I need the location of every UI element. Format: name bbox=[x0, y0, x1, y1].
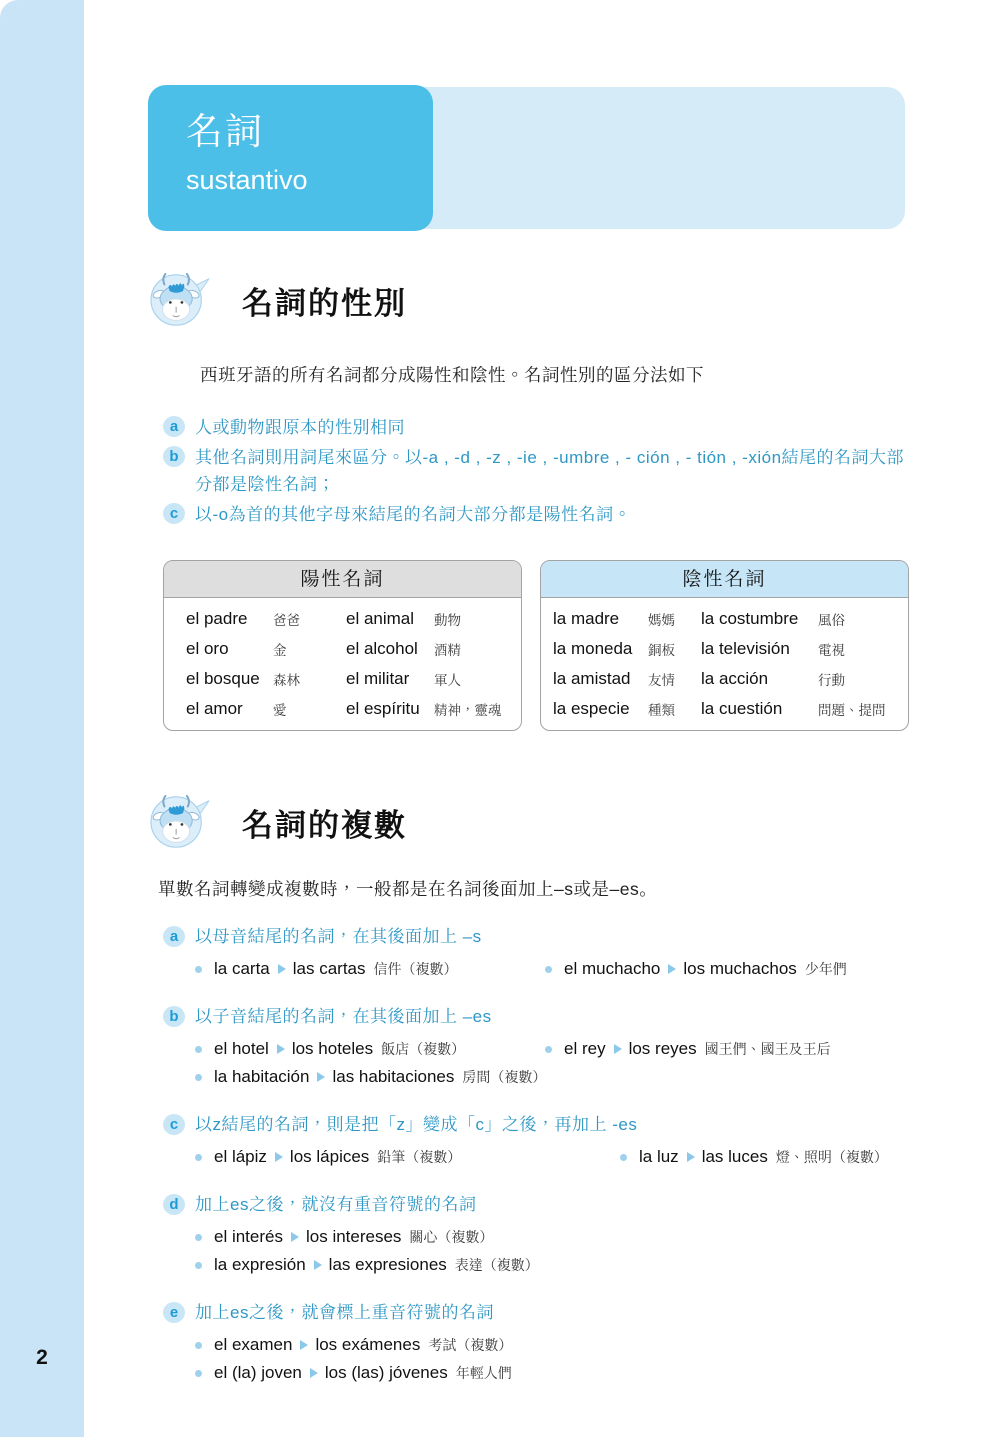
chinese-translation: 考試（複數） bbox=[428, 1335, 512, 1355]
singular-form: el hotel bbox=[214, 1039, 269, 1059]
plural-form: los intereses bbox=[306, 1227, 401, 1247]
arrow-right-icon bbox=[314, 1260, 322, 1270]
singular-form: el examen bbox=[214, 1335, 292, 1355]
example: el lápiz los lápices 鉛筆（複數） bbox=[195, 1147, 620, 1167]
chinese-translation: 鉛筆（複數） bbox=[377, 1147, 461, 1167]
rule-heading: 以z結尾的名詞，則是把「z」變成「c」之後，再加上 -es bbox=[195, 1112, 637, 1138]
example-row: la carta las cartas 信件（複數） el muchacho l… bbox=[163, 955, 933, 983]
bullet-icon bbox=[545, 966, 552, 973]
bullet-icon bbox=[195, 966, 202, 973]
bullet-icon bbox=[195, 1262, 202, 1269]
rule-heading-line: d 加上es之後，就沒有重音符號的名詞 bbox=[163, 1192, 933, 1218]
chinese-translation: 表達（複數） bbox=[455, 1255, 539, 1275]
table-row: el oro 金 el alcohol 酒精 bbox=[164, 634, 521, 664]
chinese-translation: 動物 bbox=[434, 609, 521, 629]
rule-item-a: a 人或動物跟原本的性別相同 bbox=[163, 414, 911, 441]
spanish-word: la acción bbox=[701, 669, 818, 689]
rule-heading-line: e 加上es之後，就會標上重音符號的名詞 bbox=[163, 1300, 933, 1326]
singular-form: la habitación bbox=[214, 1067, 309, 1087]
example-row: el examen los exámenes 考試（複數） bbox=[163, 1331, 933, 1359]
item-badge: a bbox=[163, 416, 185, 437]
plural-rules-list: a 以母音結尾的名詞，在其後面加上 –s la carta las cartas… bbox=[163, 924, 933, 1408]
singular-form: la expresión bbox=[214, 1255, 306, 1275]
item-badge: b bbox=[163, 446, 185, 467]
bullet-icon bbox=[195, 1074, 202, 1081]
textbook-page: { "page": { "number": "2" }, "colors": {… bbox=[0, 0, 1000, 1437]
chinese-translation: 森林 bbox=[273, 669, 346, 689]
arrow-right-icon bbox=[687, 1152, 695, 1162]
plural-rule-e: e 加上es之後，就會標上重音符號的名詞 el examen los exáme… bbox=[163, 1300, 933, 1387]
chinese-translation: 爸爸 bbox=[273, 609, 346, 629]
item-badge: b bbox=[163, 1006, 185, 1027]
chinese-translation: 友情 bbox=[648, 669, 701, 689]
cow-mascot-icon bbox=[150, 270, 210, 330]
example: el interés los intereses 關心（複數） bbox=[195, 1227, 493, 1247]
bullet-icon bbox=[620, 1154, 627, 1161]
bullet-icon bbox=[545, 1046, 552, 1053]
rule-heading-line: c 以z結尾的名詞，則是把「z」變成「c」之後，再加上 -es bbox=[163, 1112, 933, 1138]
example: la luz las luces 燈、照明（複數） bbox=[620, 1147, 888, 1167]
masculine-table-body: el padre 爸爸 el animal 動物 el oro 金 el alc… bbox=[164, 598, 521, 730]
plural-form: los hoteles bbox=[292, 1039, 373, 1059]
rule-heading: 加上es之後，就會標上重音符號的名詞 bbox=[195, 1300, 494, 1326]
left-margin-strip bbox=[0, 0, 84, 1437]
masculine-table-header: 陽性名詞 bbox=[164, 561, 521, 598]
chinese-translation: 金 bbox=[273, 639, 346, 659]
page-number: 2 bbox=[0, 1346, 84, 1370]
bullet-icon bbox=[195, 1154, 202, 1161]
arrow-right-icon bbox=[300, 1340, 308, 1350]
singular-form: el lápiz bbox=[214, 1147, 267, 1167]
section2-intro: 單數名詞轉變成複數時，一般都是在名詞後面加上–s或是–es。 bbox=[158, 876, 657, 901]
example: el (la) joven los (las) jóvenes 年輕人們 bbox=[195, 1363, 512, 1383]
rule-item-c: c 以-o為首的其他字母來結尾的名詞大部分都是陽性名詞。 bbox=[163, 501, 911, 528]
plural-form: los exámenes bbox=[315, 1335, 420, 1355]
item-badge: e bbox=[163, 1302, 185, 1323]
chapter-title-box: 名詞 sustantivo bbox=[148, 85, 433, 231]
table-row: la moneda 銅板 la televisión 電視 bbox=[541, 634, 908, 664]
rule-text: 以-o為首的其他字母來結尾的名詞大部分都是陽性名詞。 bbox=[195, 501, 631, 528]
example: la expresión las expresiones 表達（複數） bbox=[195, 1255, 539, 1275]
spanish-word: el padre bbox=[186, 609, 273, 629]
chapter-title-es: sustantivo bbox=[186, 165, 433, 196]
chinese-translation: 飯店（複數） bbox=[381, 1039, 465, 1059]
example-row: el hotel los hoteles 飯店（複數） el rey los r… bbox=[163, 1035, 933, 1063]
chinese-translation: 信件（複數） bbox=[374, 959, 458, 979]
chinese-translation: 年輕人們 bbox=[456, 1363, 512, 1383]
section1-heading: 名詞的性別 bbox=[150, 270, 407, 330]
chinese-translation: 國王們、國王及王后 bbox=[705, 1039, 831, 1059]
plural-form: las habitaciones bbox=[332, 1067, 454, 1087]
plural-form: las luces bbox=[702, 1147, 768, 1167]
rule-item-b: b 其他名詞則用詞尾來區分。以-a , -d , -z , -ie , -umb… bbox=[163, 444, 911, 498]
spanish-word: la costumbre bbox=[701, 609, 818, 629]
bullet-icon bbox=[195, 1234, 202, 1241]
plural-rule-a: a 以母音結尾的名詞，在其後面加上 –s la carta las cartas… bbox=[163, 924, 933, 983]
chinese-translation: 房間（複數） bbox=[462, 1067, 546, 1087]
plural-form: los (las) jóvenes bbox=[325, 1363, 448, 1383]
spanish-word: el bosque bbox=[186, 669, 273, 689]
rule-heading: 加上es之後，就沒有重音符號的名詞 bbox=[195, 1192, 476, 1218]
chinese-translation: 媽媽 bbox=[648, 609, 701, 629]
spanish-word: el alcohol bbox=[346, 639, 434, 659]
example: el examen los exámenes 考試（複數） bbox=[195, 1335, 512, 1355]
chinese-translation: 行動 bbox=[818, 669, 908, 689]
table-row: el bosque 森林 el militar 軍人 bbox=[164, 664, 521, 694]
plural-form: los muchachos bbox=[683, 959, 796, 979]
spanish-word: la televisión bbox=[701, 639, 818, 659]
chinese-translation: 燈、照明（複數） bbox=[776, 1147, 888, 1167]
chinese-translation: 關心（複數） bbox=[409, 1227, 493, 1247]
table-row: el amor 愛 el espíritu 精神，靈魂 bbox=[164, 694, 521, 724]
cow-mascot-icon bbox=[150, 792, 210, 852]
section2-title: 名詞的複數 bbox=[242, 800, 407, 845]
example-row: el interés los intereses 關心（複數） bbox=[163, 1223, 933, 1251]
example: el muchacho los muchachos 少年們 bbox=[545, 959, 847, 979]
spanish-word: el animal bbox=[346, 609, 434, 629]
plural-form: los lápices bbox=[290, 1147, 369, 1167]
chinese-translation: 少年們 bbox=[805, 959, 847, 979]
arrow-right-icon bbox=[291, 1232, 299, 1242]
arrow-right-icon bbox=[275, 1152, 283, 1162]
example-row: el lápiz los lápices 鉛筆（複數） la luz las l… bbox=[163, 1143, 933, 1171]
example-row: la expresión las expresiones 表達（複數） bbox=[163, 1251, 933, 1279]
plural-rule-d: d 加上es之後，就沒有重音符號的名詞 el interés los inter… bbox=[163, 1192, 933, 1279]
bullet-icon bbox=[195, 1370, 202, 1377]
chinese-translation: 精神，靈魂 bbox=[434, 699, 521, 719]
singular-form: el muchacho bbox=[564, 959, 660, 979]
rule-heading: 以母音結尾的名詞，在其後面加上 –s bbox=[195, 924, 482, 950]
spanish-word: el espíritu bbox=[346, 699, 434, 719]
feminine-nouns-table: 陰性名詞 la madre 媽媽 la costumbre 風俗 la mone… bbox=[540, 560, 909, 731]
chinese-translation: 風俗 bbox=[818, 609, 908, 629]
section1-title: 名詞的性別 bbox=[242, 278, 407, 323]
spanish-word: la especie bbox=[553, 699, 648, 719]
spanish-word: la amistad bbox=[553, 669, 648, 689]
chinese-translation: 愛 bbox=[273, 699, 346, 719]
rule-heading-line: a 以母音結尾的名詞，在其後面加上 –s bbox=[163, 924, 933, 950]
table-row: la amistad 友情 la acción 行動 bbox=[541, 664, 908, 694]
arrow-right-icon bbox=[277, 1044, 285, 1054]
item-badge: d bbox=[163, 1194, 185, 1215]
plural-form: las cartas bbox=[293, 959, 366, 979]
feminine-table-body: la madre 媽媽 la costumbre 風俗 la moneda 銅板… bbox=[541, 598, 908, 730]
section2-heading: 名詞的複數 bbox=[150, 792, 407, 852]
spanish-word: el militar bbox=[346, 669, 434, 689]
arrow-right-icon bbox=[614, 1044, 622, 1054]
plural-form: los reyes bbox=[629, 1039, 697, 1059]
singular-form: la luz bbox=[639, 1147, 679, 1167]
spanish-word: el amor bbox=[186, 699, 273, 719]
rule-text: 其他名詞則用詞尾來區分。以-a , -d , -z , -ie , -umbre… bbox=[195, 444, 911, 498]
gender-rules-list: a 人或動物跟原本的性別相同 b 其他名詞則用詞尾來區分。以-a , -d , … bbox=[163, 414, 911, 531]
spanish-word: la moneda bbox=[553, 639, 648, 659]
singular-form: el (la) joven bbox=[214, 1363, 302, 1383]
chinese-translation: 電視 bbox=[818, 639, 908, 659]
chinese-translation: 酒精 bbox=[434, 639, 521, 659]
noun-tables: 陽性名詞 el padre 爸爸 el animal 動物 el oro 金 e… bbox=[163, 560, 909, 731]
example: el rey los reyes 國王們、國王及王后 bbox=[545, 1039, 831, 1059]
table-row: la madre 媽媽 la costumbre 風俗 bbox=[541, 604, 908, 634]
table-row: la especie 種類 la cuestión 問題、提問 bbox=[541, 694, 908, 724]
chinese-translation: 問題、提問 bbox=[818, 699, 908, 719]
table-row: el padre 爸爸 el animal 動物 bbox=[164, 604, 521, 634]
arrow-right-icon bbox=[278, 964, 286, 974]
feminine-table-header: 陰性名詞 bbox=[541, 561, 908, 598]
chapter-header: 名詞 sustantivo bbox=[148, 85, 905, 231]
rule-text: 人或動物跟原本的性別相同 bbox=[195, 414, 405, 441]
bullet-icon bbox=[195, 1046, 202, 1053]
rule-heading-line: b 以子音結尾的名詞，在其後面加上 –es bbox=[163, 1004, 933, 1030]
item-badge: a bbox=[163, 926, 185, 947]
chinese-translation: 種類 bbox=[648, 699, 701, 719]
singular-form: el rey bbox=[564, 1039, 606, 1059]
spanish-word: la madre bbox=[553, 609, 648, 629]
rule-heading: 以子音結尾的名詞，在其後面加上 –es bbox=[195, 1004, 492, 1030]
spanish-word: la cuestión bbox=[701, 699, 818, 719]
example: la carta las cartas 信件（複數） bbox=[195, 959, 545, 979]
arrow-right-icon bbox=[310, 1368, 318, 1378]
example: la habitación las habitaciones 房間（複數） bbox=[195, 1067, 546, 1087]
plural-rule-c: c 以z結尾的名詞，則是把「z」變成「c」之後，再加上 -es el lápiz… bbox=[163, 1112, 933, 1171]
chinese-translation: 軍人 bbox=[434, 669, 521, 689]
item-badge: c bbox=[163, 1114, 185, 1135]
example-row: el (la) joven los (las) jóvenes 年輕人們 bbox=[163, 1359, 933, 1387]
singular-form: el interés bbox=[214, 1227, 283, 1247]
plural-form: las expresiones bbox=[329, 1255, 447, 1275]
chapter-title-zh: 名詞 bbox=[186, 101, 433, 155]
arrow-right-icon bbox=[668, 964, 676, 974]
arrow-right-icon bbox=[317, 1072, 325, 1082]
spanish-word: el oro bbox=[186, 639, 273, 659]
item-badge: c bbox=[163, 503, 185, 524]
section1-intro: 西班牙語的所有名詞都分成陽性和陰性。名詞性別的區分法如下 bbox=[200, 362, 704, 387]
bullet-icon bbox=[195, 1342, 202, 1349]
chinese-translation: 銅板 bbox=[648, 639, 701, 659]
example-row: la habitación las habitaciones 房間（複數） bbox=[163, 1063, 933, 1091]
example: el hotel los hoteles 飯店（複數） bbox=[195, 1039, 545, 1059]
singular-form: la carta bbox=[214, 959, 270, 979]
masculine-nouns-table: 陽性名詞 el padre 爸爸 el animal 動物 el oro 金 e… bbox=[163, 560, 522, 731]
plural-rule-b: b 以子音結尾的名詞，在其後面加上 –es el hotel los hotel… bbox=[163, 1004, 933, 1091]
